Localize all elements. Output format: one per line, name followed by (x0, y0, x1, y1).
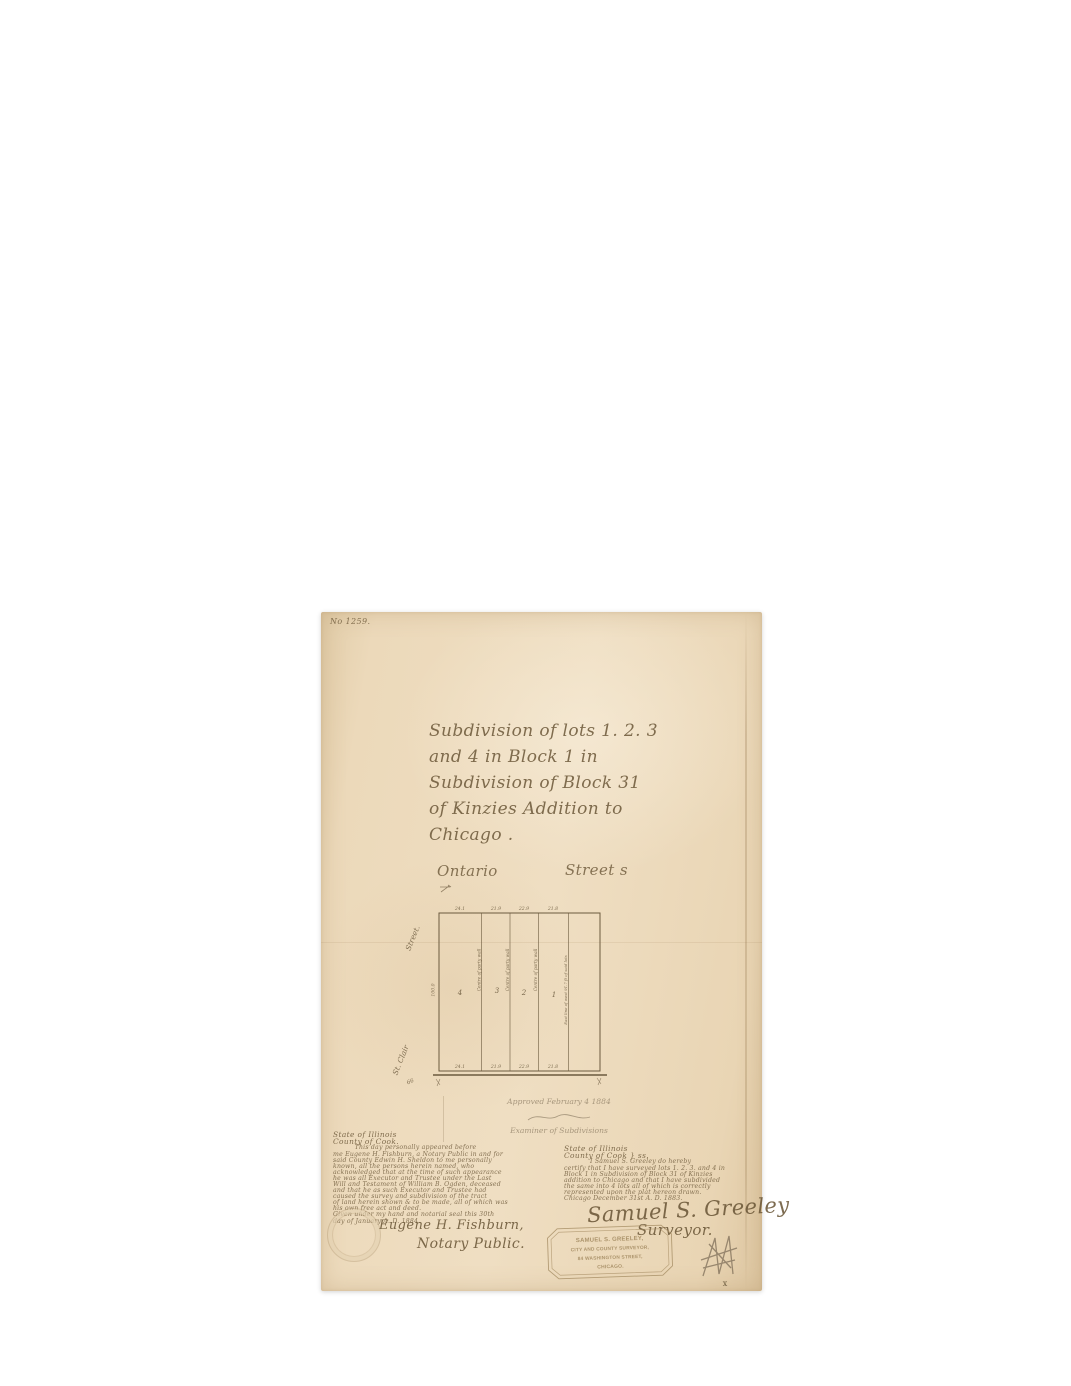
title-line: and 4 in Block 1 in (429, 744, 658, 770)
stamp-border-outer (547, 1225, 673, 1279)
lot-number: 3 (495, 987, 500, 995)
street-name-ontario: Ontario (437, 862, 498, 880)
surveyor-certificate: State of Illinois County of Cook } ss. I… (564, 1145, 725, 1202)
party-wall-label: Centre of party wall (505, 948, 510, 991)
pencil-scribble: x (695, 1234, 747, 1290)
examiner-signature-scribble (526, 1113, 592, 1122)
approval-date: Approved February 4 1884 (479, 1097, 639, 1107)
east-line-label: East line of west 91.7 ft of said lots (563, 955, 568, 1026)
notary-seal (327, 1208, 381, 1262)
plat-diagram: 24.1 21.9 22.9 21.8 24.1 21.9 22.9 21.8 … (387, 895, 627, 1107)
dimension-label: 22.9 (518, 906, 529, 912)
block-outline (439, 913, 600, 1071)
document-title: Subdivision of lots 1. 2. 3 and 4 in Blo… (429, 718, 658, 848)
dimension-label: 21.8 (547, 906, 558, 912)
paper-fold-crease (745, 612, 747, 1291)
corner-tick-icon (436, 1079, 440, 1086)
street-name-st-clair: St. Clair (391, 1043, 411, 1076)
stamp-line: SAMUEL S. GREELEY, (576, 1236, 644, 1244)
title-line: Subdivision of lots 1. 2. 3 (429, 718, 658, 744)
dimension-label: 100.0 (431, 983, 437, 996)
scribble-mark: x (723, 1279, 728, 1288)
street-name-left-upper: Street. (404, 924, 422, 951)
lot-number: 2 (521, 989, 527, 997)
dimension-label: 21.8 (547, 1064, 558, 1070)
corner-tick-icon (597, 1078, 601, 1085)
dimension-label: 21.9 (490, 1064, 501, 1070)
party-wall-label: Centre of party wall (477, 948, 482, 991)
dimension-label: 24.1 (454, 1064, 465, 1070)
dimension-label: 24.1 (454, 906, 465, 912)
surveyor-stamp: SAMUEL S. GREELEY, CITY AND COUNTY SURVE… (546, 1224, 674, 1280)
street-width-label: 66 (406, 1078, 415, 1087)
title-line: Chicago . (429, 822, 658, 848)
dimension-label: 22.9 (518, 1064, 529, 1070)
stamp-line: 84 WASHINGTON STREET, (578, 1254, 644, 1262)
survey-mark-icon (439, 883, 453, 895)
lot-number: 4 (457, 989, 462, 997)
street-suffix: Street s (565, 861, 628, 879)
dimension-label: 21.9 (490, 906, 501, 912)
notary-title: Notary Public. (417, 1236, 525, 1252)
notary-signature: Eugene H. Fishburn, (379, 1218, 524, 1233)
title-line: Subdivision of Block 31 (429, 770, 658, 796)
survey-plat-document: No 1259. Subdivision of lots 1. 2. 3 and… (321, 612, 762, 1291)
file-number: No 1259. (330, 617, 370, 626)
title-line: of Kinzies Addition to (429, 796, 658, 822)
lot-number: 1 (552, 991, 556, 999)
stamp-line: CITY AND COUNTY SURVEYOR, (571, 1245, 650, 1254)
party-wall-label: Centre of party wall (533, 948, 538, 991)
stamp-line: CHICAGO. (597, 1264, 624, 1271)
